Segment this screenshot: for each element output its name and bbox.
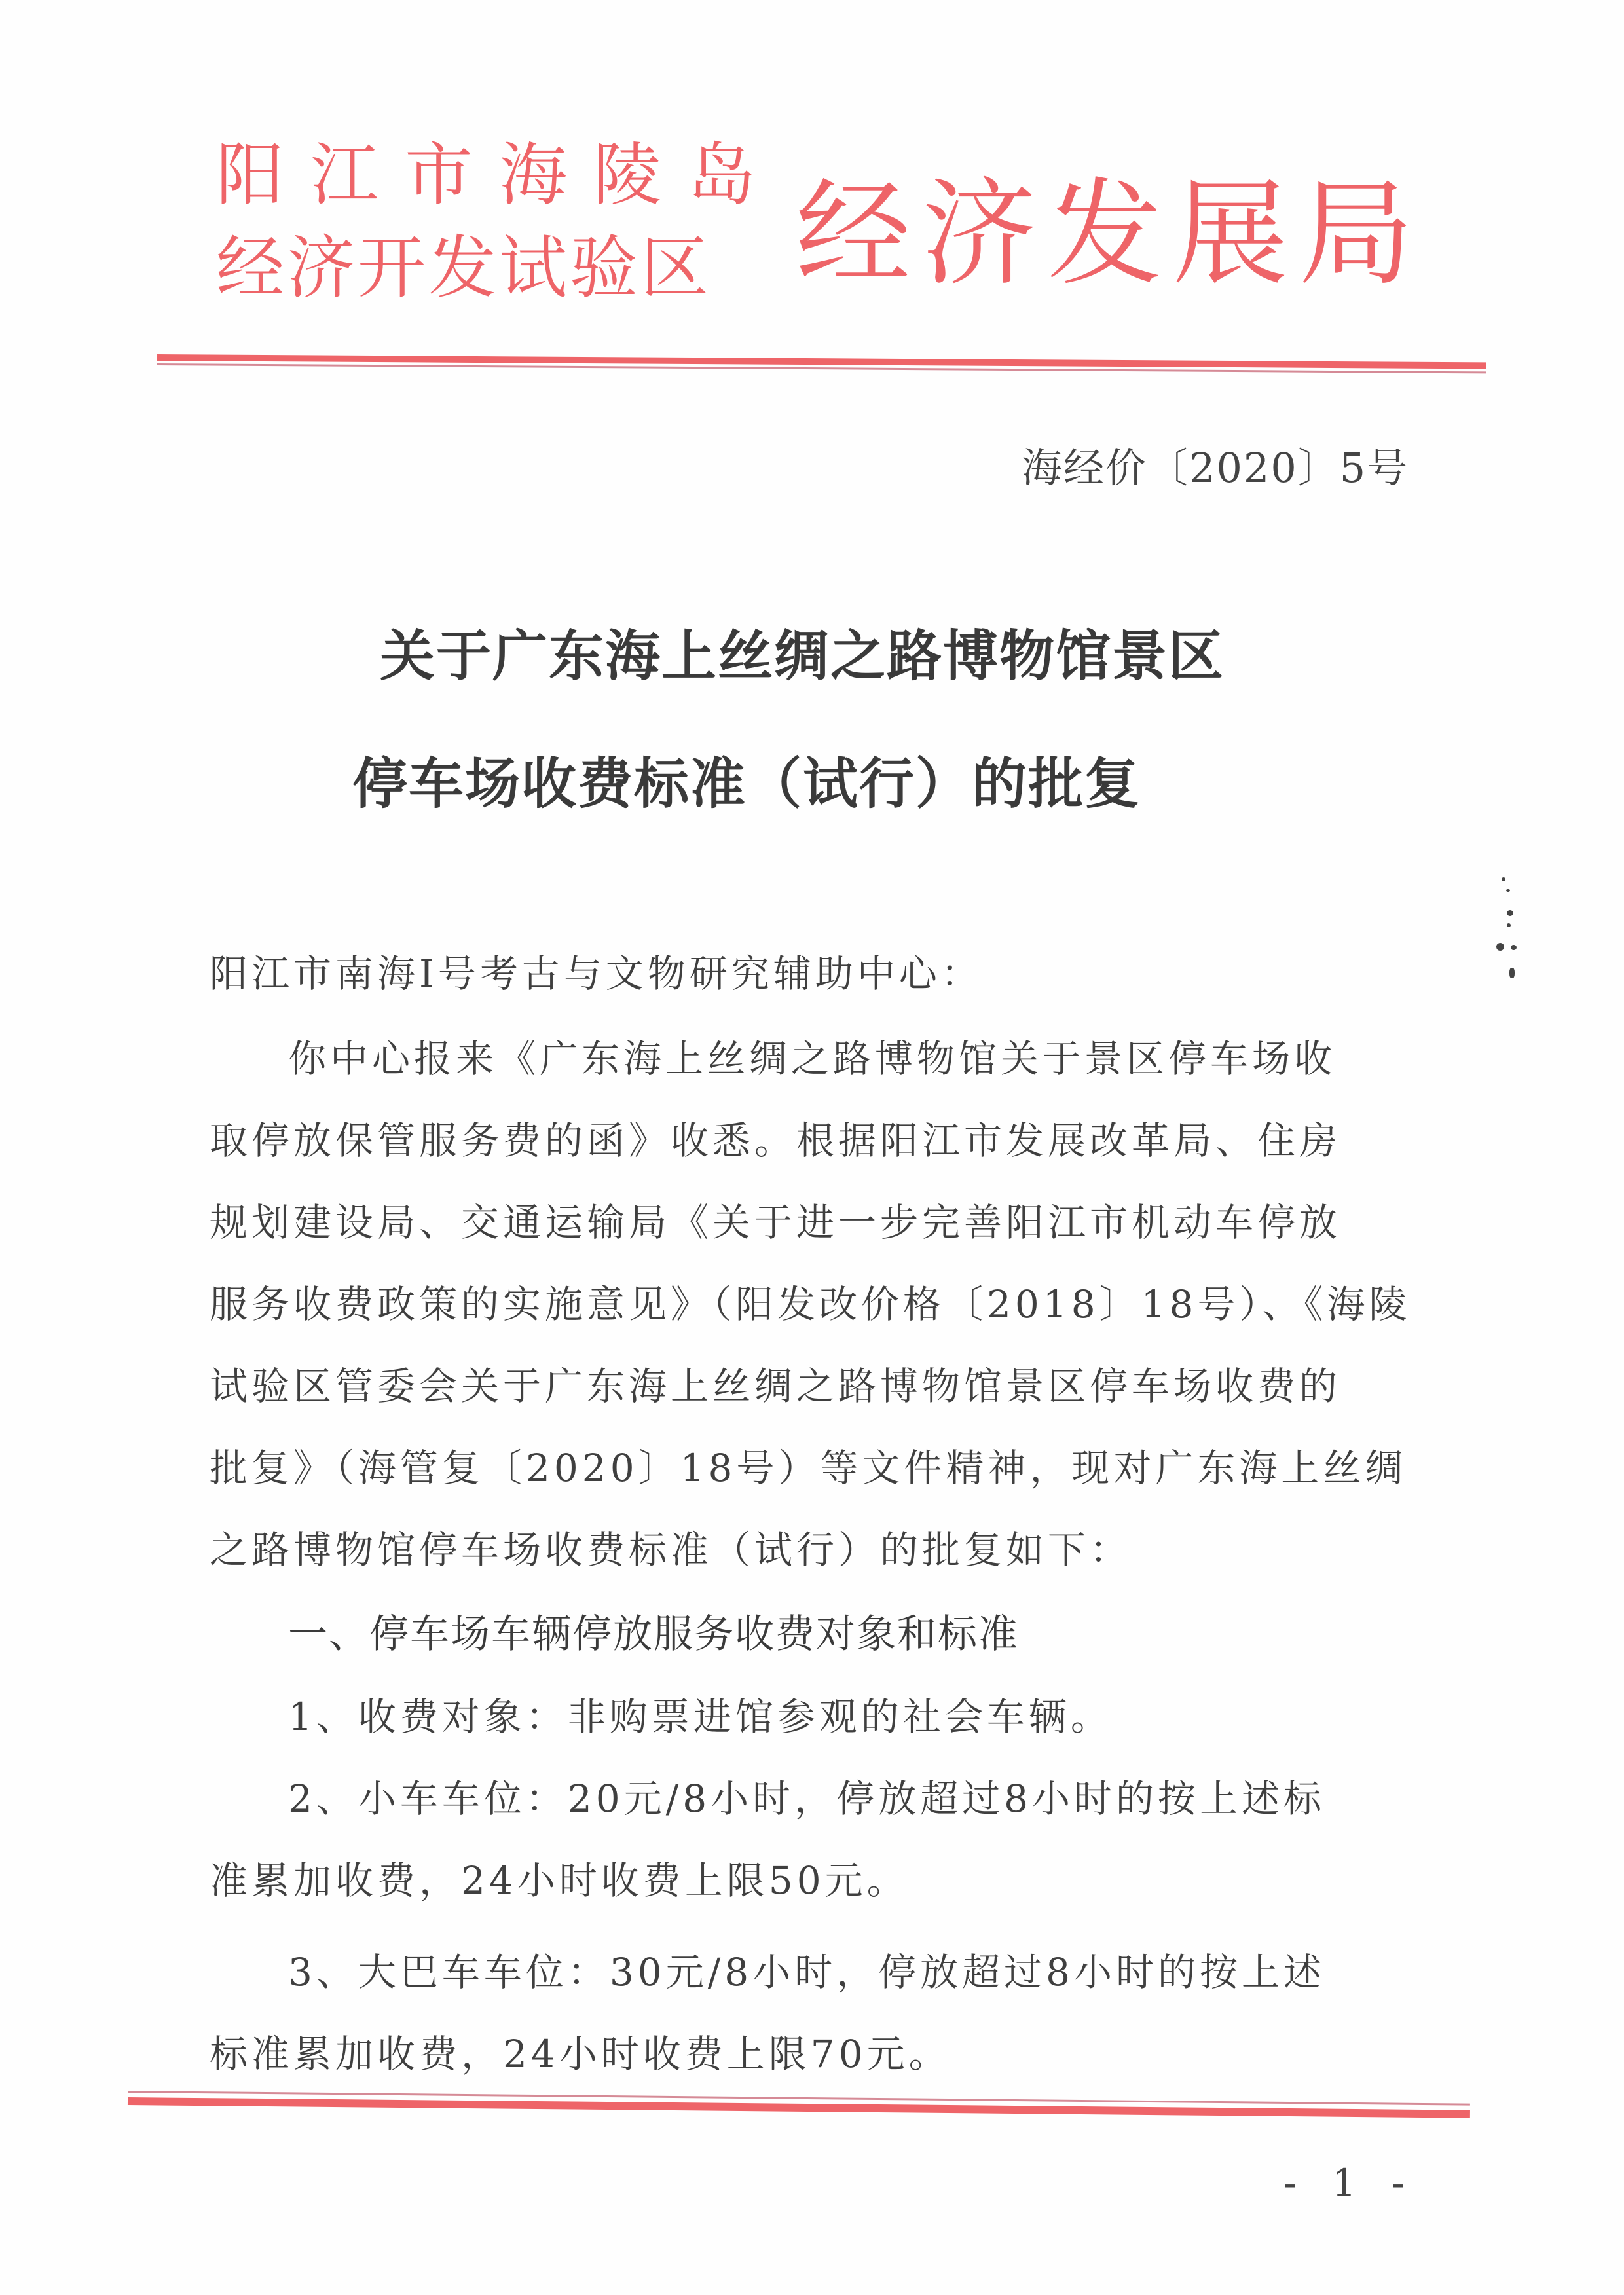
list-item: 1、收费对象：非购票进馆参观的社会车辆。 [288, 1686, 1113, 1741]
list-item: 3、大巴车车位：30元/8小时，停放超过8小时的按上述 [288, 1941, 1325, 1996]
document-title-line2: 停车场收费标准（试行）的批复 [0, 740, 1559, 819]
section-heading: 一、停车场车辆停放服务收费对象和标准 [288, 1603, 1019, 1659]
page-number: - 1 - [1283, 2161, 1416, 2205]
footer-red-rule [128, 2097, 1470, 2118]
list-item: 2、小车车位：20元/8小时，停放超过8小时的按上述标 [288, 1768, 1325, 1823]
paragraph-line: 你中心报来《广东海上丝绸之路博物馆关于景区停车场收 [288, 1028, 1336, 1083]
document-page: 阳江市海陵岛 经济开发试验区 经济发展局 海经价〔2020〕5号 关于广东海上丝… [0, 0, 1624, 2295]
header-red-rule [157, 354, 1486, 369]
document-number: 海经价〔2020〕5号 [1022, 435, 1409, 494]
scan-artifact [1496, 877, 1522, 995]
paragraph-line: 之路博物馆停车场收费标准（试行）的批复如下： [210, 1519, 1132, 1574]
paragraph-line: 服务收费政策的实施意见》（阳发改价格〔2018〕18号）、《海陵 [210, 1274, 1411, 1329]
list-item-continuation: 准累加收费，24小时收费上限50元。 [210, 1850, 909, 1905]
list-item-continuation: 标准累加收费，24小时收费上限70元。 [210, 2023, 951, 2078]
paragraph-line: 批复》（海管复〔2020〕18号）等文件精神，现对广东海上丝绸 [210, 1437, 1407, 1492]
paragraph-line: 取停放保管服务费的函》收悉。根据阳江市发展改革局、住房 [210, 1110, 1341, 1165]
letterhead-organization: 阳江市海陵岛 经济开发试验区 [216, 141, 782, 324]
addressee: 阳江市南海I号考古与文物研究辅助中心： [210, 943, 983, 998]
paragraph-line: 试验区管委会关于广东海上丝绸之路博物馆景区停车场收费的 [210, 1355, 1341, 1410]
letterhead-department: 经济发展局 [796, 177, 1424, 292]
paragraph-line: 规划建设局、交通运输局《关于进一步完善阳江市机动车停放 [210, 1192, 1341, 1247]
document-title-line1: 关于广东海上丝绸之路博物馆景区 [0, 612, 1614, 691]
letterhead-org-line1: 阳江市海陵岛 [216, 141, 782, 231]
letterhead-org-line2: 经济开发试验区 [216, 234, 782, 324]
